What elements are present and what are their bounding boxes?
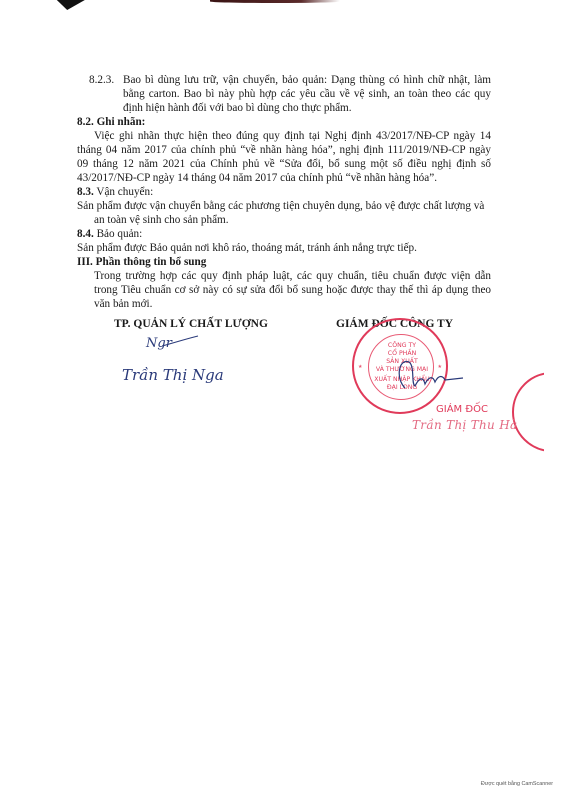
section-heading-III: III. Phần thông tin bổ sung	[77, 256, 206, 269]
section-III-line-2: trong Tiêu chuẩn cơ sở này có sự sửa đổi…	[94, 284, 491, 297]
section-8-2-3-line-3: định hiện hành đối với bao bì dùng cho t…	[123, 102, 352, 115]
section-8-2-3-line-1: Bao bì dùng lưu trữ, vận chuyển, bảo quả…	[123, 74, 491, 87]
section-heading-8-3: 8.3. Vận chuyển:	[77, 186, 153, 199]
section-8-2-3-line-2: bằng carton. Bao bì này phù hợp các yêu …	[123, 88, 491, 101]
quality-manager-name: Trần Thị Nga	[122, 366, 224, 384]
section-8-3-line-1: Sản phẩm được vận chuyển bằng các phương…	[77, 200, 484, 213]
scan-edge-artifact-top	[210, 0, 340, 3]
scan-edge-artifact-left	[53, 0, 85, 10]
section-heading-8-3-text: Vận chuyển:	[94, 186, 153, 198]
section-8-4-line-1: Sản phẩm được Bảo quản nơi khô ráo, thoá…	[77, 242, 417, 255]
camscanner-footer: Được quét bằng CamScanner	[481, 781, 553, 787]
director-name: Trần Thị Thu Hà	[412, 418, 517, 432]
company-stamp-star-left-icon: ★	[358, 364, 362, 370]
director-name-stamp-partial	[512, 372, 565, 452]
director-position-label: GIÁM ĐỐC	[436, 404, 488, 415]
section-heading-8-4-number: 8.4.	[77, 228, 94, 240]
section-III-line-1: Trong trường hợp các quy định pháp luật,…	[94, 270, 491, 283]
section-heading-8-4-text: Bảo quản:	[94, 228, 142, 240]
director-signature-stroke-icon	[385, 348, 465, 398]
section-8-2-line-1: Việc ghi nhãn thực hiện theo đúng quy đị…	[94, 130, 491, 143]
quality-manager-signature-stroke-icon	[160, 334, 200, 348]
section-heading-8-3-number: 8.3.	[77, 186, 94, 198]
section-8-2-line-4: 43/2017/NĐ-CP ngày 14 tháng 04 năm 2017 …	[77, 172, 437, 185]
section-number-8-2-3: 8.2.3.	[89, 74, 114, 87]
section-heading-8-2: 8.2. Ghi nhãn:	[77, 116, 145, 129]
quality-manager-title: TP. QUẢN LÝ CHẤT LƯỢNG	[114, 318, 268, 330]
section-III-line-3: văn bản mới.	[94, 298, 152, 311]
section-8-2-line-3: 09 tháng 12 năm 2021 của Chính phủ về “S…	[77, 158, 491, 171]
section-8-3-line-2: an toàn vệ sinh cho sản phẩm.	[94, 214, 229, 227]
section-heading-8-4: 8.4. Bảo quản:	[77, 228, 142, 241]
section-8-2-line-2: tháng 04 năm 2017 của chính phủ “về nhãn…	[77, 144, 491, 157]
